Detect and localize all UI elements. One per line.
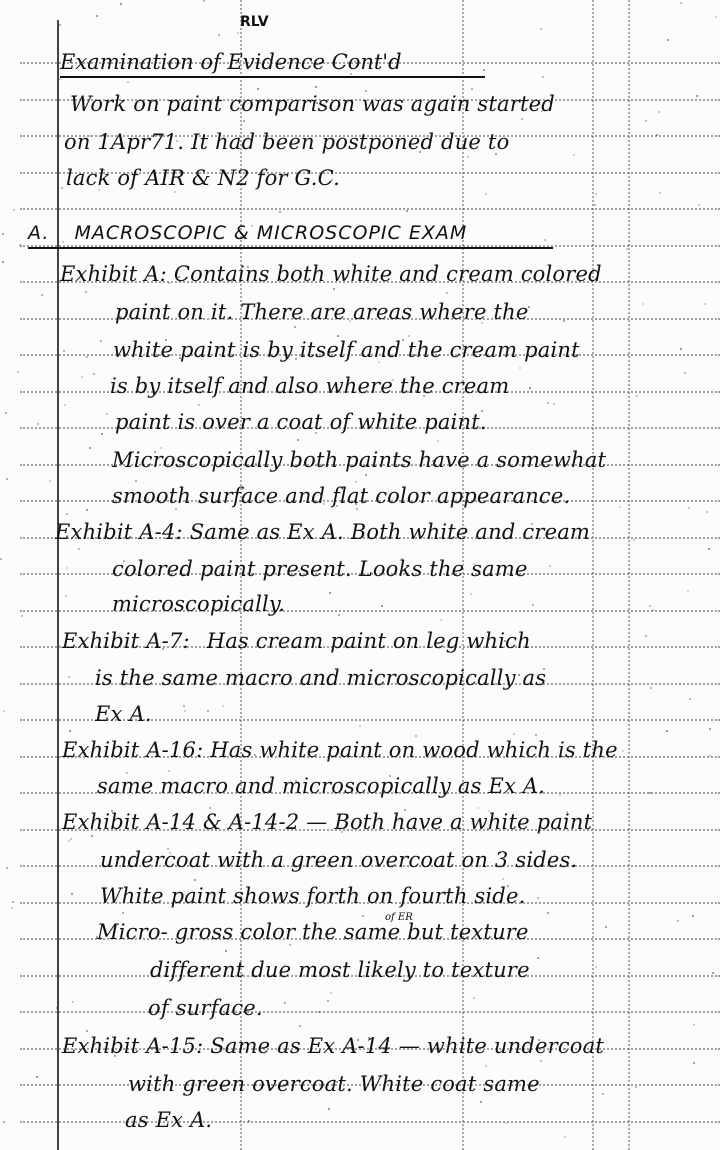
scan-noise [86, 356, 88, 358]
scan-noise [6, 478, 8, 480]
exhibit-entry: Exhibit A-15: Same as Ex A-14 — white un… [62, 1034, 604, 1058]
exhibit-text: colored paint present. Looks the same [112, 557, 528, 581]
scan-noise [59, 78, 61, 80]
scan-noise [563, 320, 565, 322]
scan-noise [337, 335, 339, 337]
grid-horizontal-rule [20, 208, 720, 210]
scan-noise [89, 447, 91, 449]
scan-noise [471, 88, 473, 90]
scan-noise [71, 893, 73, 895]
scan-noise [327, 1000, 329, 1002]
scan-noise [652, 609, 654, 611]
scan-noise [64, 404, 66, 406]
exhibit-entry: Exhibit A-16: Has white paint on wood wh… [62, 738, 618, 762]
scan-noise [11, 907, 13, 909]
scan-noise [626, 248, 628, 250]
scan-noise [100, 340, 102, 342]
scan-noise [0, 558, 2, 560]
exhibit-text: Both have a white paint [334, 810, 592, 834]
scan-noise [549, 565, 551, 567]
intro-line: lack of AIR & N2 for G.C. [66, 166, 340, 190]
scan-noise [406, 210, 408, 212]
scan-noise [86, 509, 88, 511]
notebook-page: RLV Examination of Evidence Cont'd Work … [0, 0, 720, 1150]
exhibit-text: Has cream paint on leg which [207, 629, 531, 653]
scan-noise [502, 878, 504, 880]
scan-noise [513, 733, 515, 735]
scan-noise [666, 730, 668, 732]
scan-noise [19, 244, 21, 246]
scan-noise [106, 413, 108, 415]
scan-noise [677, 920, 679, 922]
scan-noise [2, 261, 4, 263]
scan-noise [547, 402, 549, 404]
scan-noise [289, 944, 291, 946]
scan-noise [198, 404, 200, 406]
scan-noise [689, 698, 691, 700]
scan-noise [175, 508, 177, 510]
scan-noise [693, 1062, 695, 1064]
scan-noise [642, 303, 644, 305]
scan-noise [553, 403, 555, 405]
scan-noise [13, 209, 15, 211]
scan-noise [715, 16, 717, 18]
scan-noise [645, 120, 647, 122]
scan-noise [284, 1002, 286, 1004]
exhibit-text: with green overcoat. White coat same [128, 1072, 540, 1096]
scan-noise [645, 635, 647, 637]
scan-noise [706, 511, 708, 513]
scan-noise [3, 1121, 5, 1123]
author-initials: RLV [240, 14, 269, 30]
exhibit-text: Same as Ex A-14 — white undercoat [210, 1034, 604, 1058]
scan-noise [86, 1030, 88, 1032]
exhibit-entry: Exhibit A-4: Same as Ex A. Both white an… [55, 520, 590, 544]
scan-noise [330, 992, 332, 994]
scan-noise [68, 840, 70, 842]
scan-noise [168, 770, 170, 772]
exhibit-text: smooth surface and flat color appearance… [112, 484, 570, 508]
scan-noise [622, 750, 624, 752]
scan-noise [619, 506, 621, 508]
scan-noise [78, 548, 80, 550]
scan-noise [328, 1108, 330, 1110]
scan-noise [72, 1001, 74, 1003]
exhibit-text: white paint is by itself and the cream p… [113, 338, 580, 362]
scan-noise [415, 735, 417, 737]
scan-noise [636, 395, 638, 397]
exhibit-label: Exhibit A-14 & A-14-2 — [62, 810, 327, 834]
scan-noise [66, 567, 68, 569]
exhibit-text: Same as Ex A. Both white and cream [190, 520, 590, 544]
scan-noise [692, 915, 694, 917]
intro-line: on 1Apr71. It had been postponed due to [64, 130, 509, 154]
scan-noise [635, 1086, 637, 1088]
scan-noise [381, 605, 383, 607]
scan-noise [203, 0, 205, 2]
scan-noise [315, 86, 317, 88]
scan-noise [5, 412, 7, 414]
scan-noise [237, 32, 239, 34]
scan-noise [480, 1101, 482, 1103]
exhibit-text: Ex A. [95, 702, 152, 726]
scan-noise [61, 187, 63, 189]
scan-noise [2, 233, 4, 235]
scan-noise [6, 867, 8, 869]
scan-noise [37, 423, 39, 425]
exhibit-text: of surface. [148, 996, 263, 1020]
scan-noise [184, 710, 186, 712]
scan-noise [650, 687, 652, 689]
scan-noise [485, 1065, 487, 1067]
scan-noise [57, 1061, 59, 1063]
scan-noise [477, 807, 479, 809]
scan-noise [679, 683, 681, 685]
scan-noise [437, 440, 439, 442]
scan-noise [91, 835, 93, 837]
scan-noise [649, 792, 651, 794]
scan-noise [712, 972, 714, 974]
scan-noise [540, 28, 542, 30]
scan-noise [318, 1011, 320, 1013]
scan-noise [696, 95, 698, 97]
scan-noise [81, 376, 83, 378]
scan-noise [194, 879, 196, 881]
scan-noise [687, 590, 689, 592]
section-title: MACROSCOPIC & MICROSCOPIC EXAM [74, 222, 467, 244]
scan-noise [68, 676, 70, 678]
exhibit-text: Contains both white and cream colored [174, 262, 602, 286]
scan-noise [595, 193, 597, 195]
scan-noise [537, 897, 539, 899]
scan-noise [564, 1136, 566, 1138]
scan-noise [542, 76, 544, 78]
scan-noise [602, 1093, 604, 1095]
scan-noise [183, 705, 185, 707]
scan-noise [595, 966, 597, 968]
scan-noise [12, 901, 14, 903]
exhibit-label: Exhibit A: [60, 262, 167, 286]
scan-noise [680, 2, 682, 4]
scan-noise [65, 595, 67, 597]
scan-noise [704, 303, 706, 305]
scan-noise [17, 371, 19, 373]
scan-noise [446, 292, 448, 294]
scan-noise [559, 794, 561, 796]
scan-noise [59, 24, 61, 26]
exhibit-text: Microscopically both paints have a somew… [112, 448, 606, 472]
scan-noise [66, 513, 68, 515]
scan-noise [470, 593, 472, 595]
scan-noise [693, 1024, 695, 1026]
exhibit-text: is by itself and also where the cream [110, 374, 509, 398]
exhibit-entry: Exhibit A-14 & A-14-2 — Both have a whit… [62, 810, 592, 834]
scan-noise [243, 120, 245, 122]
exhibit-text: Has white paint on wood which is the [210, 738, 618, 762]
exhibit-text: paint on it. There are areas where the [115, 300, 528, 324]
scan-noise [688, 507, 690, 509]
section-heading: A. MACROSCOPIC & MICROSCOPIC EXAM [28, 222, 553, 249]
scan-noise [485, 193, 487, 195]
scan-noise [279, 211, 281, 213]
scan-noise [41, 294, 43, 296]
scan-noise [467, 156, 469, 158]
scan-noise [36, 1076, 38, 1078]
scan-noise [649, 605, 651, 607]
scan-noise [69, 730, 71, 732]
scan-noise [408, 335, 410, 337]
scan-noise [127, 81, 129, 83]
scan-noise [532, 604, 534, 606]
section-label: A. [28, 222, 49, 244]
exhibit-entry: Exhibit A-7: Has cream paint on leg whic… [62, 629, 531, 653]
scan-noise [122, 912, 124, 914]
scan-noise [63, 350, 65, 352]
scan-noise [225, 950, 227, 952]
scan-noise [257, 88, 259, 90]
scan-noise [680, 348, 682, 350]
scan-noise [135, 480, 137, 482]
exhibit-label: Exhibit A-16: [62, 738, 203, 762]
scan-noise [473, 997, 475, 999]
scan-noise [708, 548, 710, 550]
scan-noise [356, 508, 358, 510]
left-margin-rule [57, 20, 59, 1150]
scan-noise [329, 592, 331, 594]
scan-noise [659, 192, 661, 194]
exhibit-text: microscopically. [112, 592, 285, 616]
scan-noise [573, 154, 575, 156]
scan-noise [365, 474, 367, 476]
scan-noise [248, 1120, 250, 1122]
scan-noise [297, 439, 299, 441]
scan-noise [96, 15, 98, 17]
scan-noise [547, 912, 549, 914]
scan-noise [56, 1007, 58, 1009]
scan-noise [209, 807, 211, 809]
scan-noise [21, 615, 23, 617]
scan-noise [440, 619, 442, 621]
exhibit-text: as Ex A. [125, 1108, 212, 1132]
exhibit-label: Exhibit A-15: [62, 1034, 203, 1058]
superscript-note: of ER [385, 912, 413, 923]
exhibit-text: different due most likely to texture [150, 958, 530, 982]
scan-noise [174, 191, 176, 193]
scan-noise [299, 1025, 301, 1027]
scan-noise [633, 539, 635, 541]
scan-noise [521, 118, 523, 120]
exhibit-label: Exhibit A-4: [55, 520, 183, 544]
scan-noise [355, 481, 357, 483]
exhibit-label: Exhibit A-7: [62, 629, 190, 653]
scan-noise [101, 433, 103, 435]
scan-noise [537, 957, 539, 959]
scan-noise [529, 387, 531, 389]
scan-noise [535, 734, 537, 736]
scan-noise [222, 705, 224, 707]
scan-noise [85, 291, 87, 293]
scan-noise [540, 1060, 542, 1062]
scan-noise [333, 288, 335, 290]
exhibit-text: is the same macro and microscopically as [95, 666, 546, 690]
intro-line: Work on paint comparison was again start… [70, 92, 555, 116]
scan-noise [3, 710, 5, 712]
scan-noise [505, 1122, 507, 1124]
scan-noise [605, 926, 607, 928]
scan-noise [294, 326, 296, 328]
scan-noise [684, 372, 686, 374]
scan-noise [667, 39, 669, 41]
scan-noise [709, 755, 711, 757]
exhibit-text: paint is over a coat of white paint. [115, 410, 487, 434]
exhibit-entry: Exhibit A: Contains both white and cream… [60, 262, 602, 286]
scan-noise [70, 838, 72, 840]
exhibit-text: Micro- gross color the same but texture [97, 920, 529, 944]
exhibit-text: same macro and microscopically as Ex A. [97, 774, 545, 798]
scan-noise [362, 915, 364, 917]
scan-noise [93, 373, 95, 375]
page-title: Examination of Evidence Cont'd [60, 50, 485, 78]
scan-noise [698, 204, 700, 206]
grid-horizontal-rule [20, 1011, 720, 1013]
scan-noise [594, 204, 596, 206]
scan-noise [120, 3, 122, 5]
scan-noise [658, 111, 660, 113]
scan-noise [571, 391, 573, 393]
scan-noise [359, 725, 361, 727]
scan-noise [207, 710, 209, 712]
scan-noise [338, 614, 340, 616]
exhibit-text: White paint shows forth on fourth side. [100, 884, 525, 908]
scan-noise [709, 728, 711, 730]
scan-noise [218, 34, 220, 36]
scan-noise [656, 134, 658, 136]
scan-noise [49, 480, 51, 482]
scan-noise [519, 367, 521, 369]
exhibit-text: undercoat with a green overcoat on 3 sid… [100, 848, 577, 872]
